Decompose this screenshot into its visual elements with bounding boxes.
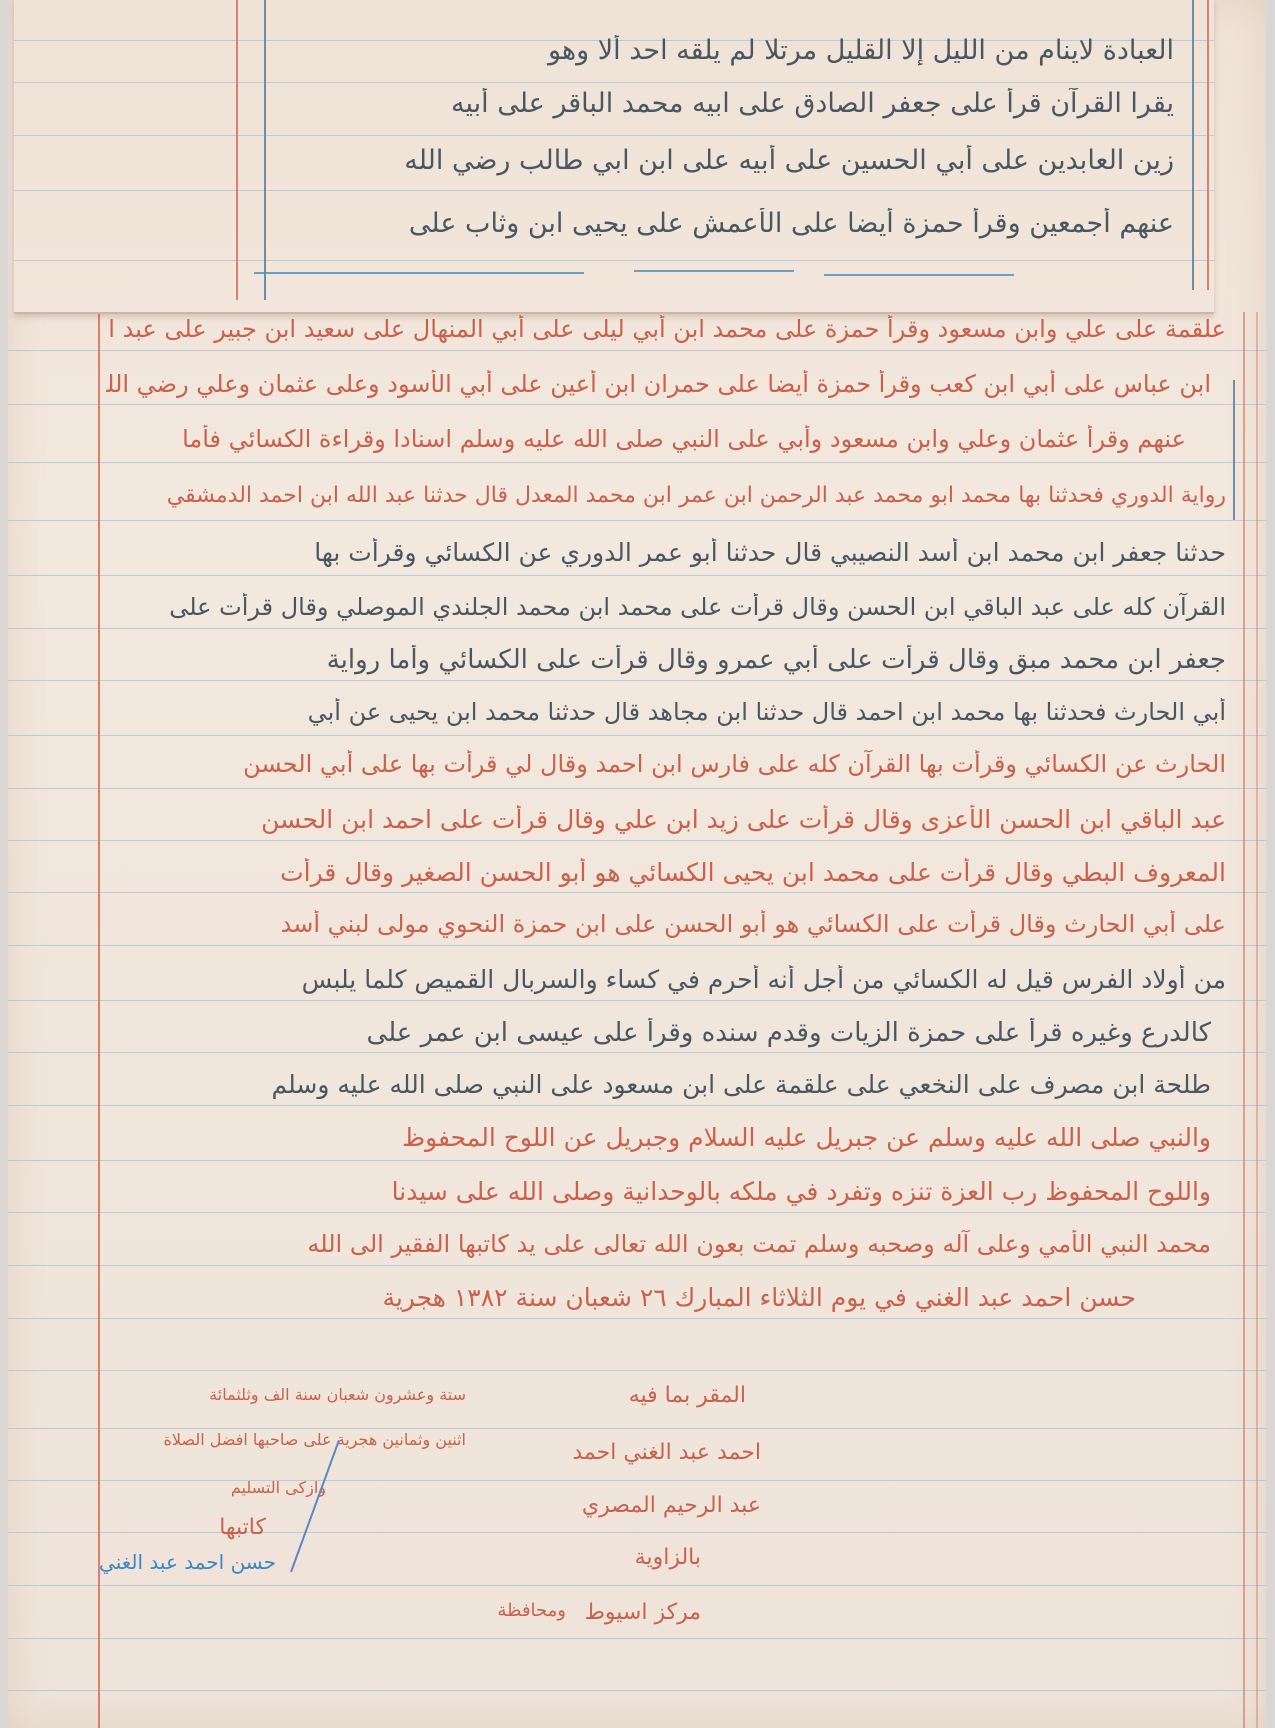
text-line: عنهم وقرأ عثمان وعلي وابن مسعود وأبي على… bbox=[106, 425, 1186, 453]
top-text-line: العبادة لاينام من الليل إلا القليل مرتلا… bbox=[274, 35, 1174, 66]
text-line: ابن عباس على أبي ابن كعب وقرأ حمزة أيضا … bbox=[106, 370, 1211, 398]
top-left-margin-red bbox=[236, 0, 238, 300]
rule-line bbox=[8, 892, 1266, 893]
text-line: حسن احمد عبد الغني في يوم الثلاثاء المبا… bbox=[106, 1283, 1136, 1312]
rule-line bbox=[8, 1160, 1266, 1161]
rule-line bbox=[8, 1105, 1266, 1106]
rule-line bbox=[8, 404, 1266, 405]
text-line: المعروف البطي وقال قرأت على محمد ابن يحي… bbox=[106, 858, 1226, 887]
right-margin-line bbox=[1243, 312, 1245, 1728]
top-text-line: عنهم أجمعين وقرأ حمزة أيضا على الأعمش عل… bbox=[254, 208, 1174, 239]
top-text-line: يقرا القرآن قرأ على جعفر الصادق على ابيه… bbox=[274, 88, 1174, 119]
rule-line bbox=[8, 1690, 1266, 1691]
rule-line bbox=[8, 350, 1266, 351]
text-line: على أبي الحارث وقال قرأت على الكسائي هو … bbox=[106, 910, 1226, 938]
text-line: أبي الحارث فحدثنا بها محمد ابن احمد قال … bbox=[106, 698, 1226, 726]
rule-line bbox=[14, 260, 1214, 261]
signature-stroke bbox=[290, 1440, 340, 1572]
blue-underline-stroke bbox=[634, 270, 794, 272]
top-right-margin-blue bbox=[1192, 0, 1194, 290]
rule-line bbox=[8, 1212, 1266, 1213]
rule-line bbox=[8, 1638, 1266, 1639]
rule-line bbox=[8, 1000, 1266, 1001]
text-line: القرآن كله على عبد الباقي ابن الحسن وقال… bbox=[106, 593, 1226, 621]
text-line: من أولاد الفرس قيل له الكسائي من أجل أنه… bbox=[106, 965, 1226, 994]
text-line: علقمة على علي وابن مسعود وقرأ حمزة على م… bbox=[106, 315, 1226, 343]
rule-line bbox=[8, 840, 1266, 841]
text-line: طلحة ابن مصرف على النخعي على علقمة على ا… bbox=[106, 1070, 1211, 1099]
top-right-margin-red bbox=[1207, 0, 1209, 290]
text-line: رواية الدوري فحدثنا بها محمد ابو محمد عب… bbox=[106, 483, 1226, 508]
closing-right-line: عبد الرحيم المصري bbox=[521, 1493, 761, 1518]
rule-line bbox=[8, 1585, 1266, 1586]
right-margin-line-2 bbox=[1256, 312, 1258, 1728]
rule-line bbox=[8, 788, 1266, 789]
blue-underline-stroke bbox=[824, 274, 1014, 276]
rule-line bbox=[8, 575, 1266, 576]
rule-line bbox=[8, 1265, 1266, 1266]
text-line: حدثنا جعفر ابن محمد ابن أسد النصيبي قال … bbox=[106, 538, 1226, 567]
rule-line bbox=[8, 680, 1266, 681]
rule-line bbox=[8, 735, 1266, 736]
top-folded-section: العبادة لاينام من الليل إلا القليل مرتلا… bbox=[14, 0, 1214, 314]
right-margin-stroke bbox=[1233, 380, 1235, 520]
signature: حسن احمد عبد الغني bbox=[76, 1550, 276, 1574]
rule-line bbox=[8, 1428, 1266, 1429]
closing-right-line: احمد عبد الغني احمد bbox=[521, 1440, 761, 1465]
province-note: ومحافظة bbox=[426, 1600, 566, 1621]
rule-line bbox=[8, 520, 1266, 521]
text-line: كالدرع وغيره قرأ على حمزة الزيات وقدم سن… bbox=[106, 1018, 1211, 1048]
left-margin-line bbox=[98, 312, 100, 1728]
text-line: محمد النبي الأمي وعلى آله وصحبه وسلم تمت… bbox=[106, 1230, 1211, 1258]
rule-line bbox=[14, 82, 1214, 83]
rule-line bbox=[8, 628, 1266, 629]
closing-left-line: ستة وعشرون شعبان سنة الف وثلثمائة bbox=[26, 1385, 466, 1404]
closing-right-line: بالزاوية bbox=[541, 1545, 701, 1570]
closing-right-line: المقر بما فيه bbox=[546, 1383, 746, 1408]
rule-line bbox=[8, 1318, 1266, 1319]
closing-left-line: اثنين وثمانين هجرية على صاحبها افضل الصل… bbox=[16, 1430, 466, 1449]
text-line: عبد الباقي ابن الحسن الأعزى وقال قرأت عل… bbox=[106, 805, 1226, 834]
rule-line bbox=[8, 945, 1266, 946]
rule-line bbox=[14, 135, 1214, 136]
text-line: الحارث عن الكسائي وقرأت بها القرآن كله ع… bbox=[106, 750, 1226, 778]
top-text-line: زين العابدين على أبي الحسين على أبيه على… bbox=[254, 145, 1174, 176]
rule-line bbox=[14, 190, 1214, 191]
rule-line bbox=[8, 1052, 1266, 1053]
closing-left-line: كاتبها bbox=[166, 1515, 266, 1540]
text-line: واللوح المحفوظ رب العزة تنزه وتفرد في مل… bbox=[106, 1177, 1211, 1206]
closing-left-line: وازكى التسليم bbox=[176, 1478, 326, 1497]
text-line: والنبي صلى الله عليه وسلم عن جبريل عليه … bbox=[106, 1123, 1211, 1152]
text-line: جعفر ابن محمد مبق وقال قرأت على أبي عمرو… bbox=[106, 645, 1226, 675]
blue-underline-stroke bbox=[254, 272, 584, 274]
rule-line bbox=[8, 1370, 1266, 1371]
rule-line bbox=[8, 462, 1266, 463]
